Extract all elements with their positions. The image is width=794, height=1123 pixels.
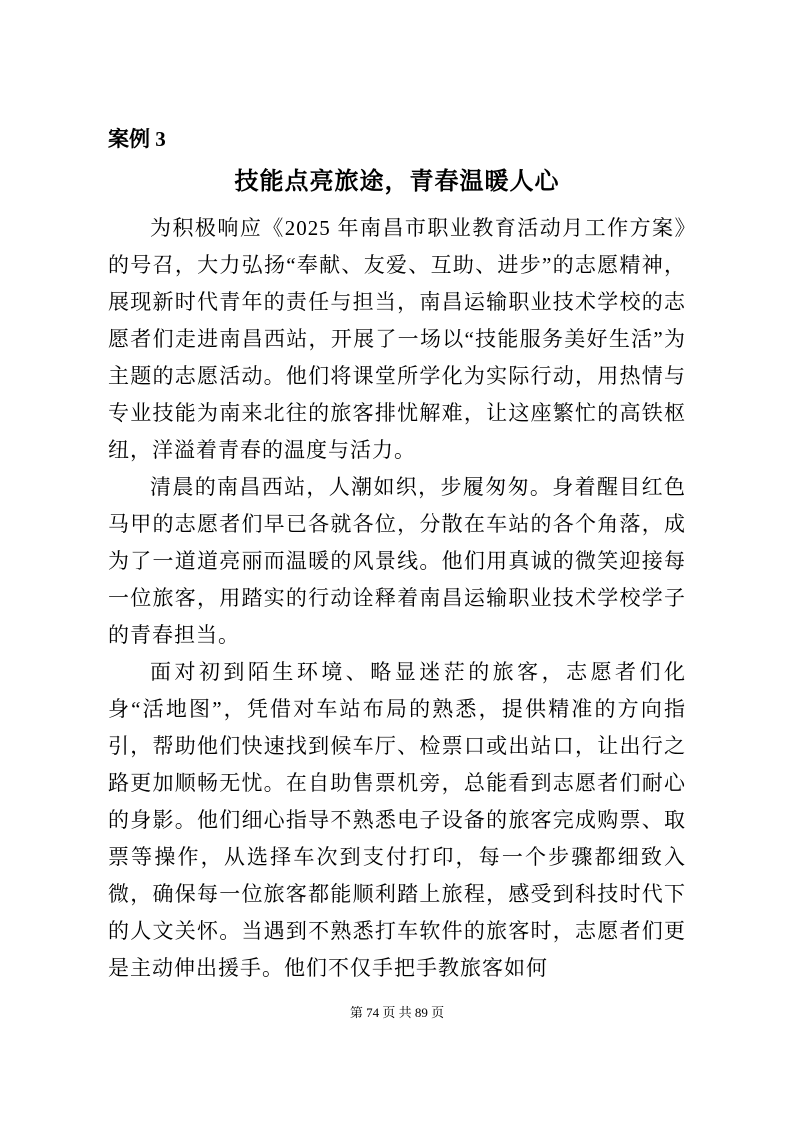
- page-number-footer: 第 74 页 共 89 页: [0, 1004, 794, 1022]
- document-body: 为积极响应《2025 年南昌市职业教育活动月工作方案》的号召，大力弘扬“奉献、友…: [108, 210, 686, 987]
- document-page: 案例 3 技能点亮旅途，青春温暖人心 为积极响应《2025 年南昌市职业教育活动…: [0, 0, 794, 1123]
- document-content: 案例 3 技能点亮旅途，青春温暖人心 为积极响应《2025 年南昌市职业教育活动…: [108, 0, 686, 987]
- document-title: 技能点亮旅途，青春温暖人心: [108, 164, 686, 200]
- paragraph-3: 面对初到陌生环境、略显迷茫的旅客，志愿者们化身“活地图”，凭借对车站布局的熟悉，…: [108, 654, 686, 987]
- case-label: 案例 3: [108, 124, 686, 154]
- paragraph-1: 为积极响应《2025 年南昌市职业教育活动月工作方案》的号召，大力弘扬“奉献、友…: [108, 210, 686, 469]
- paragraph-2: 清晨的南昌西站，人潮如织，步履匆匆。身着醒目红色马甲的志愿者们早已各就各位，分散…: [108, 469, 686, 654]
